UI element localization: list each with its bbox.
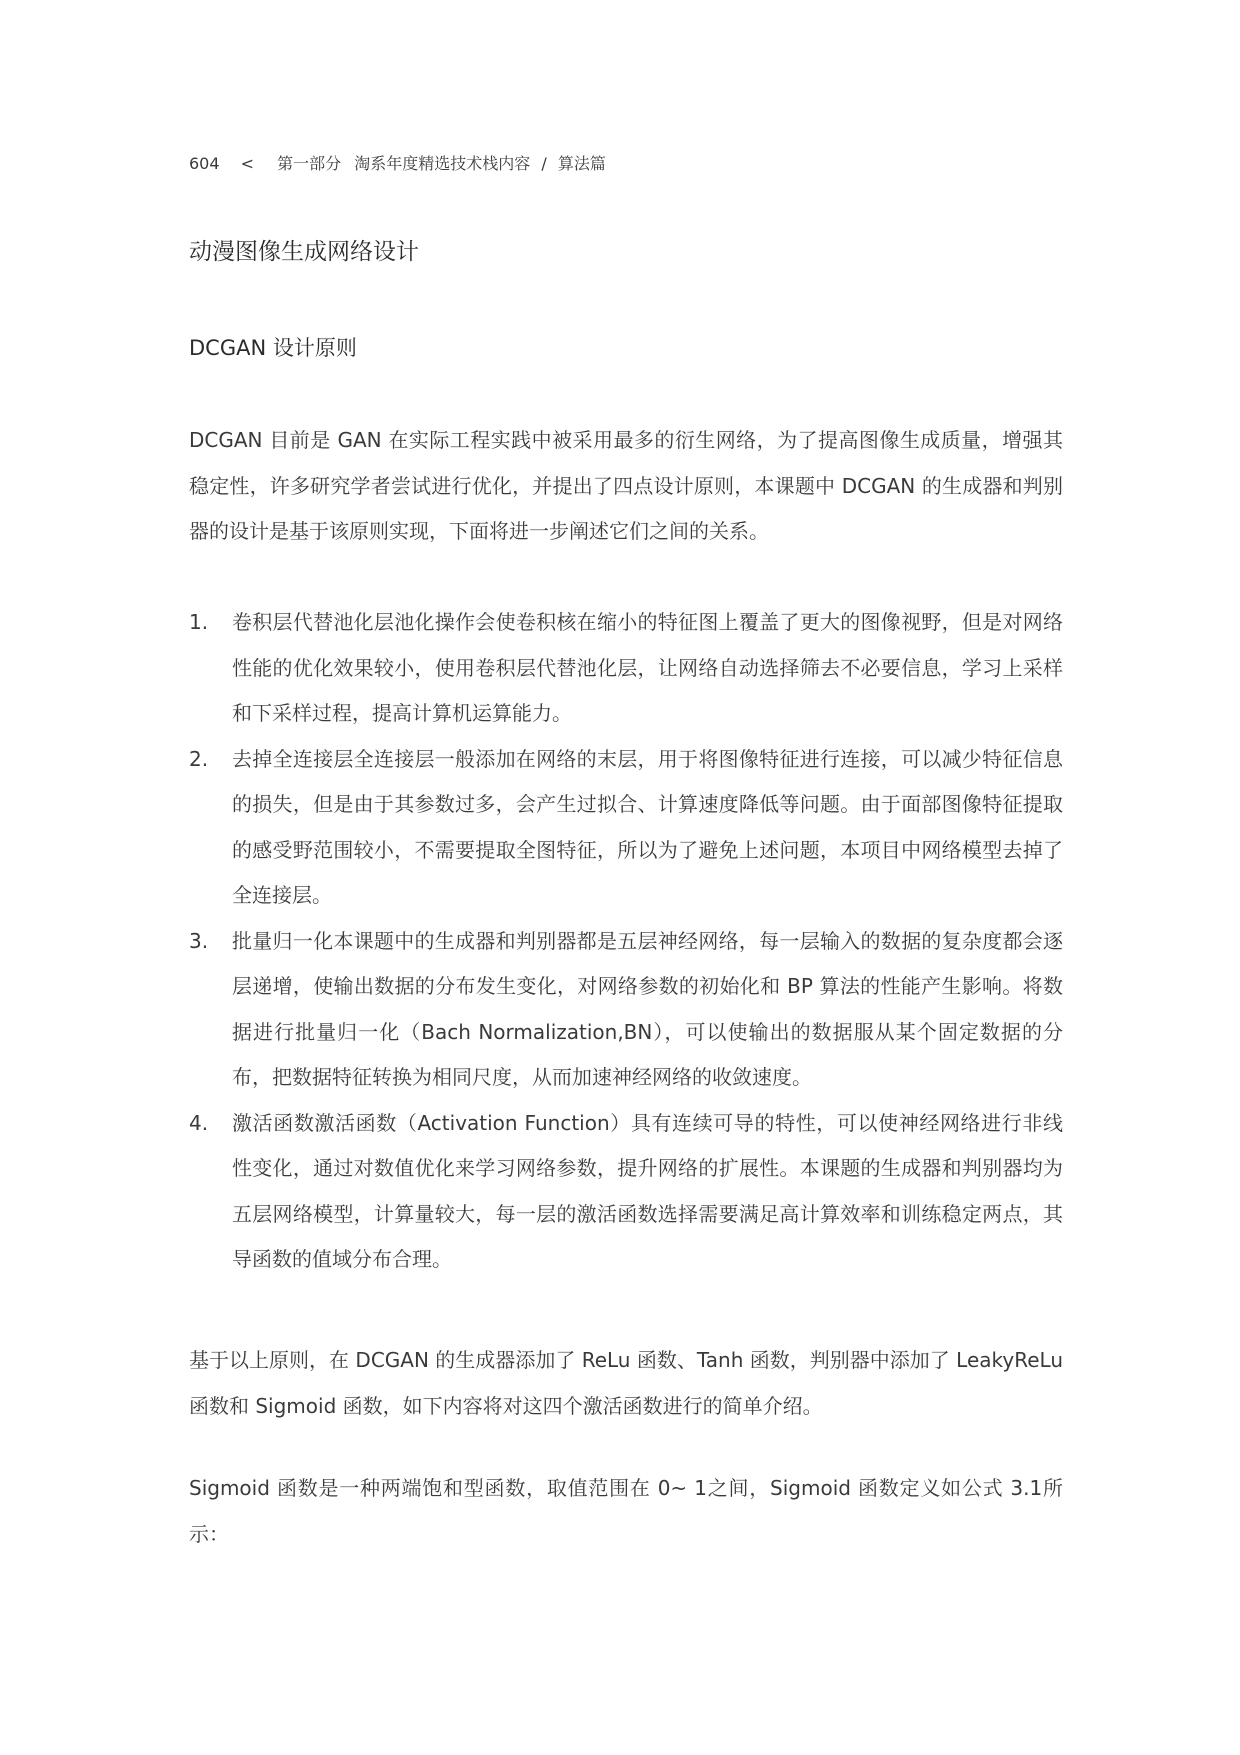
- principle-text: 去掉全连接层全连接层一般添加在网络的末层，用于将图像特征进行连接，可以减少特征信…: [232, 747, 1063, 908]
- principle-item: 3. 批量归一化本课题中的生成器和判别器都是五层神经网络，每一层输入的数据的复杂…: [189, 919, 1063, 1101]
- document-page: 604 < 第一部分 淘系年度精选技术栈内容 / 算法篇 动漫图像生成网络设计 …: [0, 0, 1240, 1755]
- intro-paragraph: DCGAN 目前是 GAN 在实际工程实践中被采用最多的衍生网络，为了提高图像生…: [189, 418, 1063, 555]
- principle-item: 1. 卷积层代替池化层池化操作会使卷积核在缩小的特征图上覆盖了更大的图像视野，但…: [189, 600, 1063, 737]
- principle-number: 4.: [189, 1101, 208, 1147]
- sigmoid-paragraph: Sigmoid 函数是一种两端饱和型函数，取值范围在 0~ 1之间，Sigmoi…: [189, 1466, 1063, 1557]
- principle-text: 批量归一化本课题中的生成器和判别器都是五层神经网络，每一层输入的数据的复杂度都会…: [232, 929, 1063, 1090]
- header-slash: /: [541, 154, 546, 173]
- header-separator: <: [241, 154, 254, 173]
- design-principles-list: 1. 卷积层代替池化层池化操作会使卷积核在缩小的特征图上覆盖了更大的图像视野，但…: [189, 600, 1063, 1283]
- principle-number: 1.: [189, 600, 208, 646]
- summary-paragraph: 基于以上原则，在 DCGAN 的生成器添加了 ReLu 函数、Tanh 函数，判…: [189, 1338, 1063, 1429]
- principle-number: 3.: [189, 919, 208, 965]
- page-number: 604: [189, 154, 220, 173]
- principle-number: 2.: [189, 737, 208, 783]
- principle-item: 4. 激活函数激活函数（Activation Function）具有连续可导的特…: [189, 1101, 1063, 1283]
- header-part: 第一部分: [277, 154, 341, 173]
- principle-text: 卷积层代替池化层池化操作会使卷积核在缩小的特征图上覆盖了更大的图像视野，但是对网…: [232, 610, 1063, 725]
- running-header: 604 < 第一部分 淘系年度精选技术栈内容 / 算法篇: [189, 153, 606, 175]
- principle-text: 激活函数激活函数（Activation Function）具有连续可导的特性，可…: [232, 1111, 1063, 1272]
- header-book-title: 淘系年度精选技术栈内容: [354, 154, 530, 173]
- principle-item: 2. 去掉全连接层全连接层一般添加在网络的末层，用于将图像特征进行连接，可以减少…: [189, 737, 1063, 919]
- section-title: 动漫图像生成网络设计: [189, 236, 419, 268]
- header-chapter: 算法篇: [558, 154, 606, 173]
- subsection-title: DCGAN 设计原则: [189, 333, 357, 363]
